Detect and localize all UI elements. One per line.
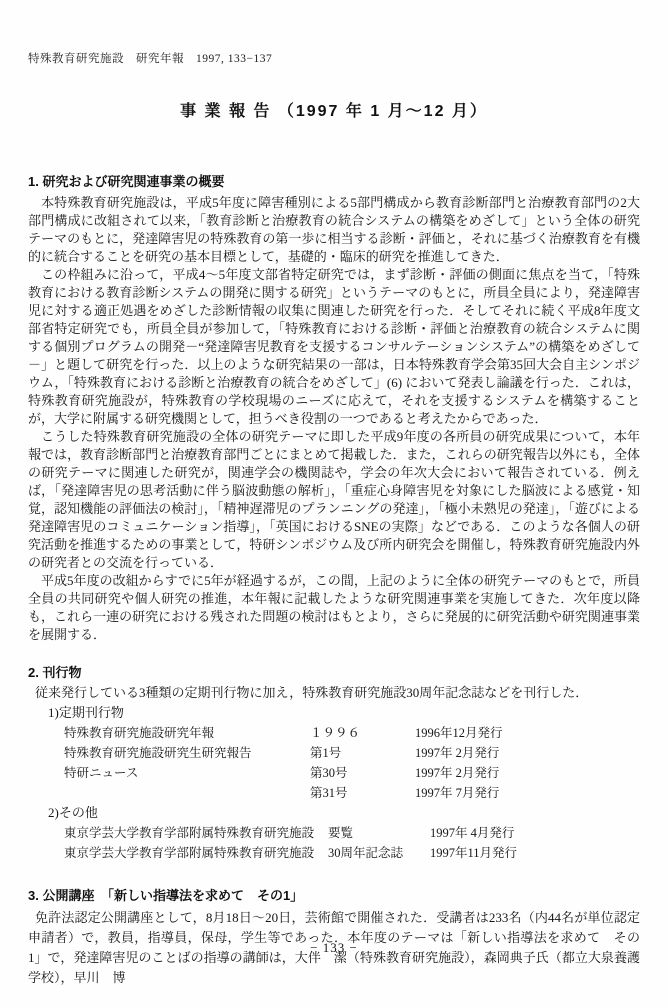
publication-title: 東京学芸大学教育学部附属特殊教育研究施設 <box>64 823 328 843</box>
section-3-heading: 3. 公開講座 「新しい指導法を求めて その1」 <box>28 885 640 904</box>
publication-row: 東京学芸大学教育学部附属特殊教育研究施設 30周年記念誌 1997年11月発行 <box>64 843 640 863</box>
section-1-body: 本特殊教育研究施設は，平成5年度に障害種別による5部門構成から教育診断部門と治療… <box>28 194 640 644</box>
section-open-lecture: 3. 公開講座 「新しい指導法を求めて その1」 免許法認定公開講座として，8月… <box>28 885 640 988</box>
publication-issue: 30周年記念誌 <box>328 843 430 863</box>
publication-title: 特殊教育研究施設研究生研究報告 <box>64 743 310 763</box>
publication-title: 東京学芸大学教育学部附属特殊教育研究施設 <box>64 843 328 863</box>
publication-issue: 第31号 <box>310 783 415 803</box>
report-page: 特殊教育研究施設 研究年報 1997, 133−137 事 業 報 告 （199… <box>0 0 668 1008</box>
section-research-overview: 1. 研究および研究関連事業の概要 本特殊教育研究施設は，平成5年度に障害種別に… <box>28 171 640 644</box>
page-title: 事 業 報 告 （1997 年 1 月〜12 月） <box>28 98 640 121</box>
paragraph: 平成5年度の改組からすでに5年が経過するが，この間，上記のように全体の研究テーマ… <box>28 572 640 644</box>
other-publications-group-label: 2)その他 <box>48 803 640 823</box>
publication-row: 第31号 1997年 7月発行 <box>64 783 640 803</box>
publication-title: 特殊教育研究施設研究年報 <box>64 723 310 743</box>
publication-row: 特殊教育研究施設研究生研究報告 第1号 1997年 2月発行 <box>64 743 640 763</box>
publication-issue: 要覧 <box>328 823 430 843</box>
publication-date: 1997年 7月発行 <box>415 783 640 803</box>
publication-row: 東京学芸大学教育学部附属特殊教育研究施設 要覧 1997年 4月発行 <box>64 823 640 843</box>
section-publications: 2. 刊行物 従来発行している3種類の定期刊行物に加え，特殊教育研究施設30周年… <box>28 662 640 863</box>
publication-title: 特研ニュース <box>64 763 310 783</box>
publication-issue: 第30号 <box>310 763 415 783</box>
publication-date: 1996年12月発行 <box>415 723 640 743</box>
page-number: − 133 − <box>0 940 668 956</box>
publications-intro: 従来発行している3種類の定期刊行物に加え，特殊教育研究施設30周年記念誌などを刊… <box>28 683 640 703</box>
publication-row: 特研ニュース 第30号 1997年 2月発行 <box>64 763 640 783</box>
paragraph: こうした特殊教育研究施設の全体の研究テーマに即した平成9年度の各所員の研究成果に… <box>28 428 640 572</box>
publication-date: 1997年11月発行 <box>430 843 640 863</box>
publication-date: 1997年 4月発行 <box>430 823 640 843</box>
section-1-heading: 1. 研究および研究関連事業の概要 <box>28 171 640 190</box>
section-2-heading: 2. 刊行物 <box>28 662 640 681</box>
paragraph: 本特殊教育研究施設は，平成5年度に障害種別による5部門構成から教育診断部門と治療… <box>28 194 640 266</box>
publication-date: 1997年 2月発行 <box>415 743 640 763</box>
publication-row: 特殊教育研究施設研究年報 １９９６ 1996年12月発行 <box>64 723 640 743</box>
paragraph: この枠組みに沿って，平成4〜5年度文部省特定研究では，まず診断・評価の側面に焦点… <box>28 266 640 428</box>
journal-header: 特殊教育研究施設 研究年報 1997, 133−137 <box>28 50 640 66</box>
periodicals-group-label: 1)定期刊行物 <box>48 703 640 723</box>
publication-issue: １９９６ <box>310 723 415 743</box>
publication-title <box>64 783 310 803</box>
publication-issue: 第1号 <box>310 743 415 763</box>
publication-date: 1997年 2月発行 <box>415 763 640 783</box>
